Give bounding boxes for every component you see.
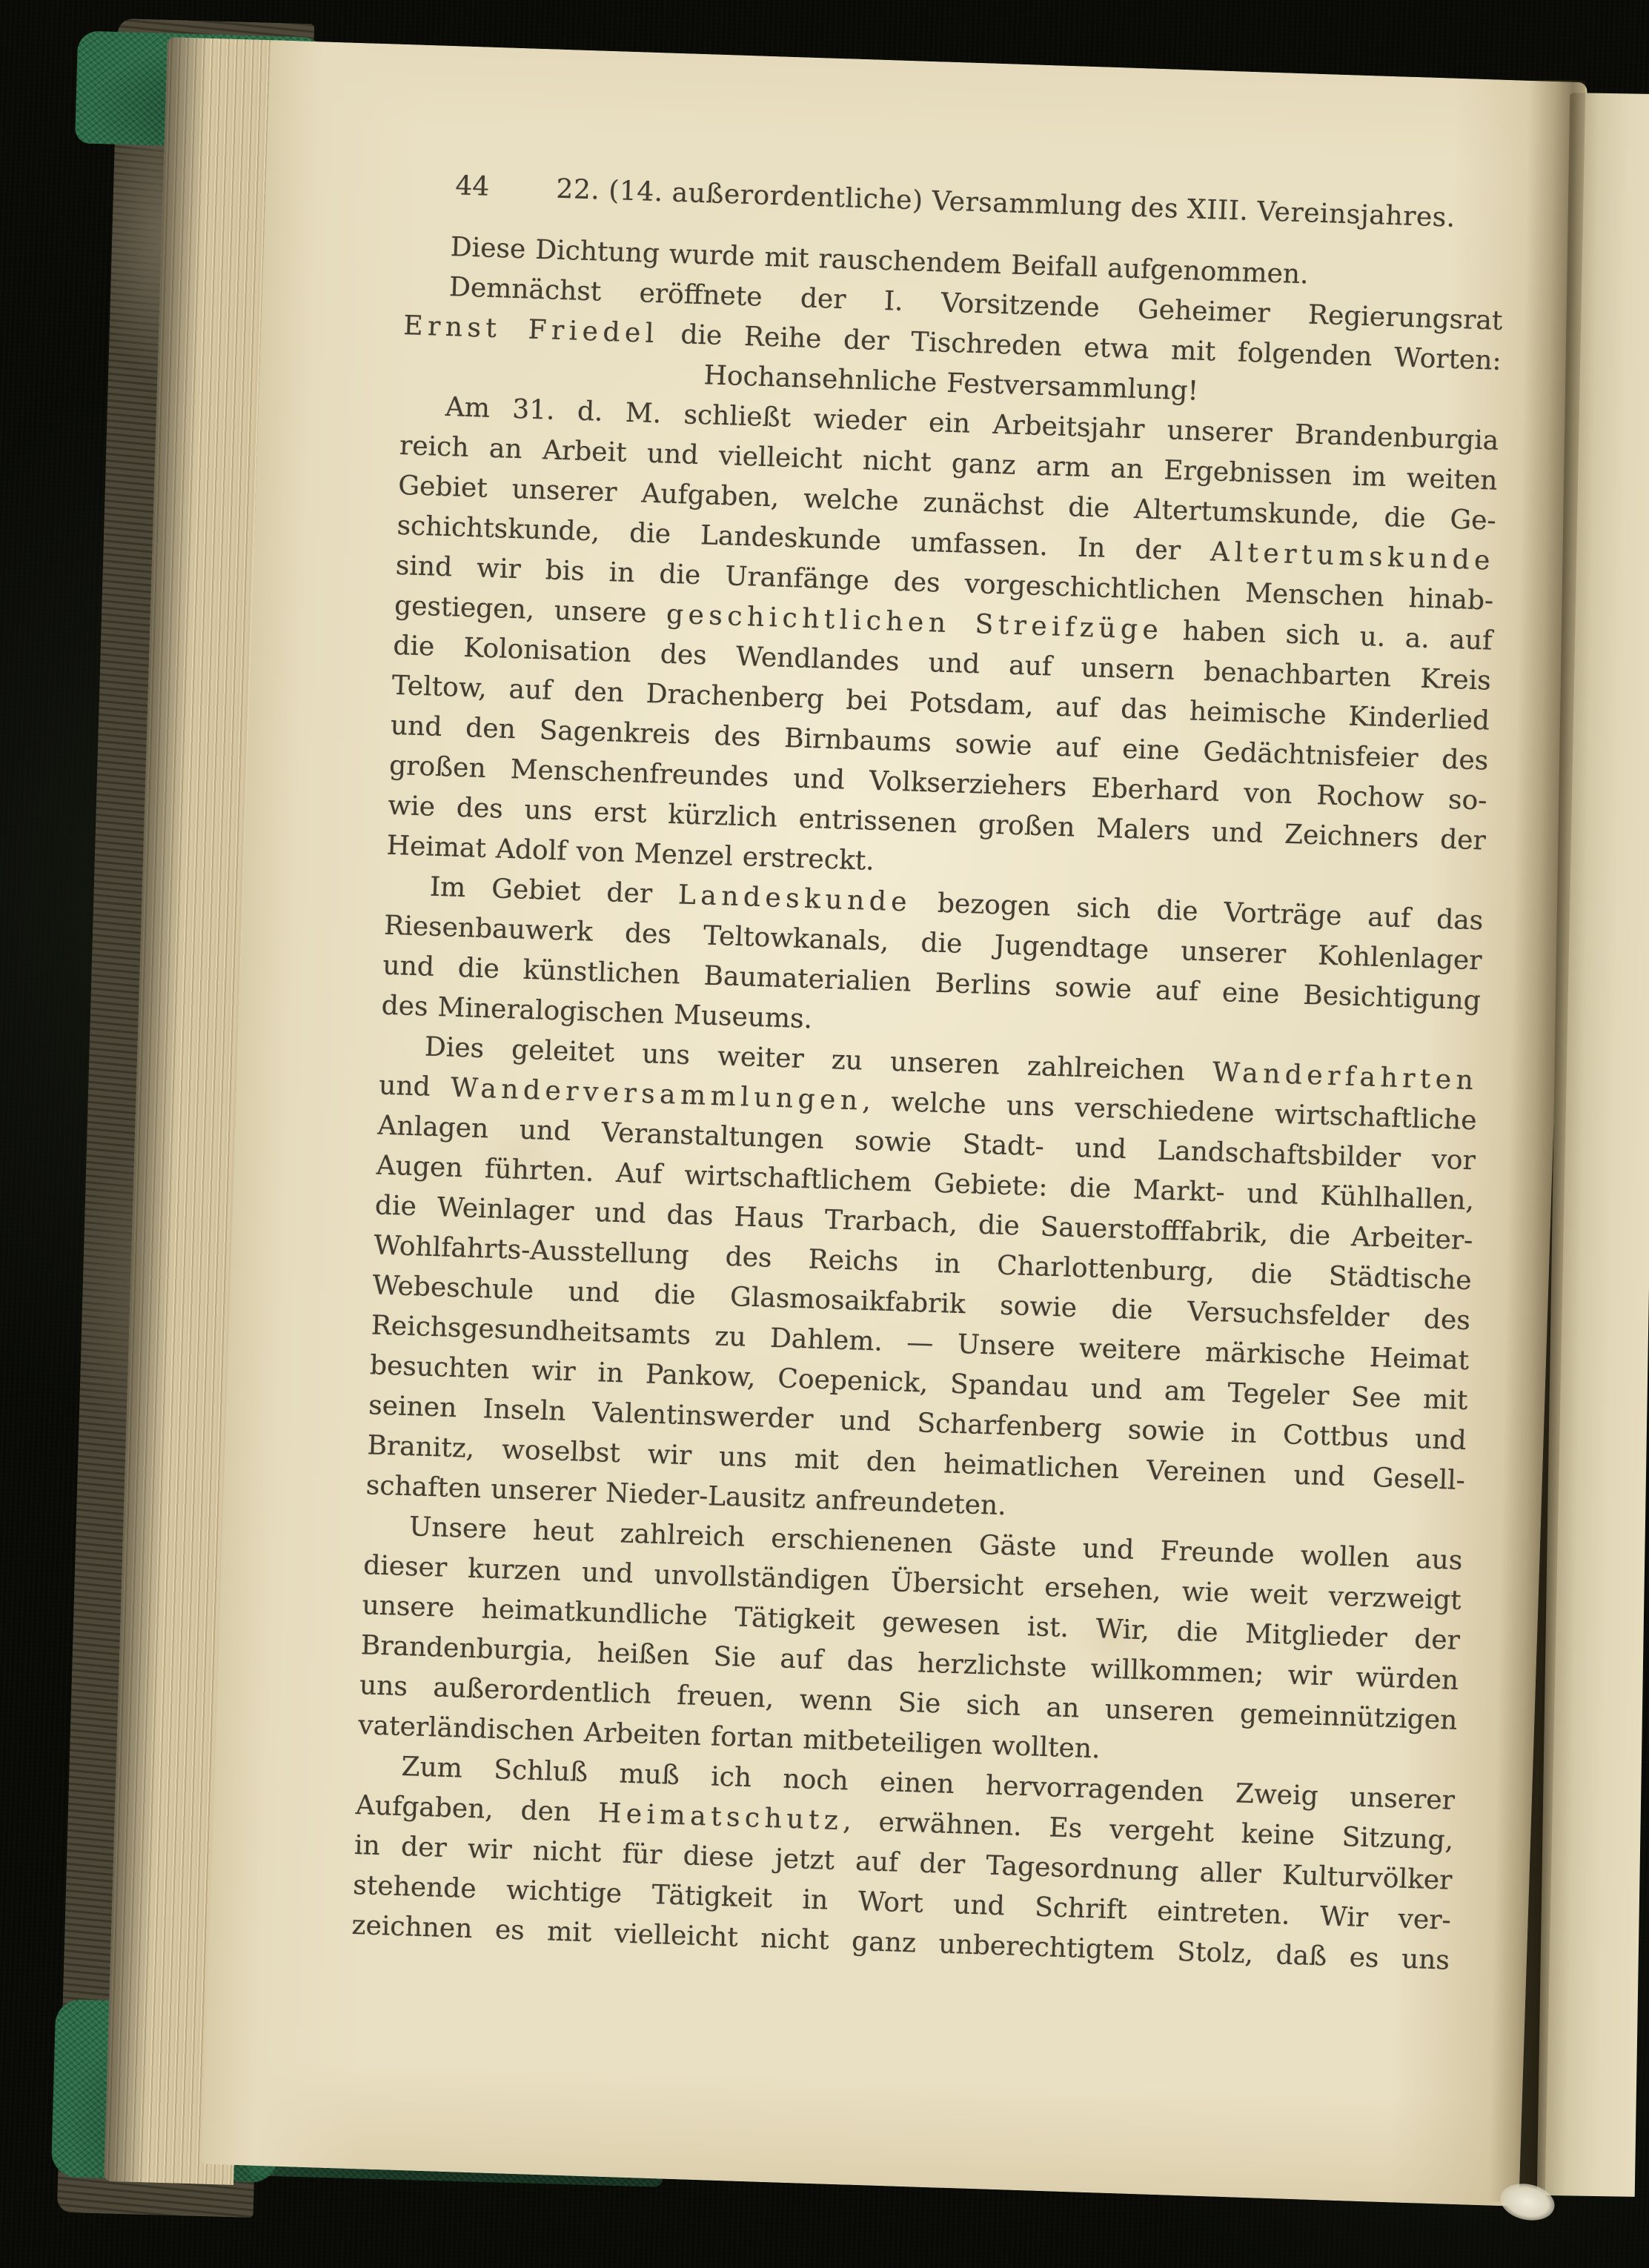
letterspaced-phrase: Wanderfahrten (1212, 1057, 1479, 1097)
printed-area: 44 22. (14. außerordentliche) Versammlun… (345, 169, 1506, 2159)
chapter-running-title: 22. (14. außerordentliche) Versammlung d… (505, 172, 1507, 235)
letterspaced-phrase: Ernst Friedel (403, 310, 660, 349)
letterspaced-phrase: Heimatschutz (597, 1798, 843, 1837)
text-segment: Im Gebiet der (429, 872, 678, 911)
running-head: 44 22. (14. außerordentliche) Versammlun… (408, 169, 1507, 235)
text-segment: gestiegen, unsere (394, 591, 667, 630)
text-segment: Aufgaben, den (355, 1790, 598, 1829)
text-segment: und (379, 1071, 451, 1103)
text-segment: haben sich u. a. auf (1163, 615, 1493, 656)
page-text-block: Diese Dichtung wurde mit rauschendem Bei… (351, 226, 1504, 1981)
page-number: 44 (408, 169, 506, 202)
letterspaced-phrase: Landeskunde (677, 879, 912, 917)
book-photograph: { "colors": { "background": "#0a0b07", "… (0, 0, 1649, 2268)
letterspaced-phrase: Altertumskunde (1210, 536, 1495, 576)
book-page: 44 22. (14. außerordentliche) Versammlun… (202, 40, 1587, 2207)
